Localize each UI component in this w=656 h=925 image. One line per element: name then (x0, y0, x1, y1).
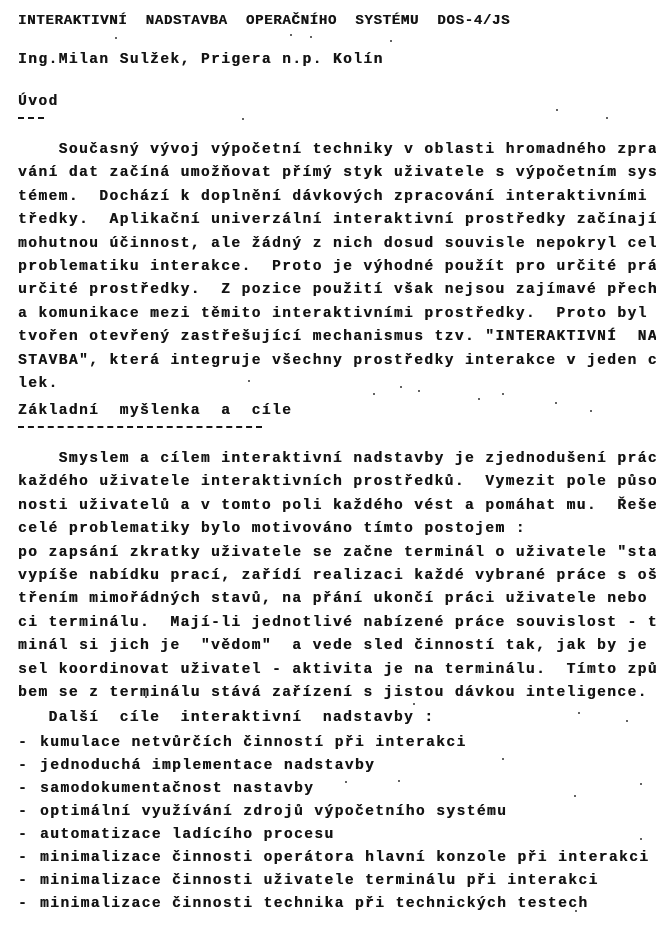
text-line: mohutnou účinnost, ale žádný z nich dosu… (18, 235, 656, 253)
scan-speck (373, 393, 375, 395)
scan-speck (502, 393, 504, 395)
bullet-dash-icon: - (18, 872, 40, 890)
text-line: Současný vývoj výpočetní techniky v obla… (18, 141, 656, 159)
scan-speck (578, 712, 580, 714)
text-line: ci terminálu. Mají-li jednotlivé nabízen… (18, 614, 656, 632)
bullet-dash-icon: - (18, 849, 40, 867)
scan-speck (502, 758, 504, 760)
bullet-dash-icon: - (18, 734, 40, 752)
scan-speck (248, 380, 250, 382)
goal-item: -jednoduchá implementace nadstavby (18, 757, 375, 775)
scan-speck (390, 40, 392, 42)
goal-item: -minimalizace činnosti operátora hlavní … (18, 849, 649, 867)
goal-item: -automatizace ladícího procesu (18, 826, 335, 844)
scan-speck (398, 780, 400, 782)
bullet-dash-icon: - (18, 895, 40, 913)
scan-speck (575, 910, 577, 912)
bullet-dash-icon: - (18, 803, 40, 821)
goal-text: jednoduchá implementace nadstavby (40, 758, 375, 774)
goal-item: -kumulace netvůrčích činností při intera… (18, 734, 467, 752)
heading-underline (18, 426, 262, 428)
goal-text: optimální využívání zdrojů výpočetního s… (40, 804, 507, 820)
text-line: vypíše nabídku prací, zařídí realizaci k… (18, 567, 656, 585)
scan-speck (115, 37, 117, 39)
bullet-dash-icon: - (18, 757, 40, 775)
document-author: Ing.Milan Sulžek, Prigera n.p. Kolín (18, 51, 384, 69)
text-line: a komunikace mezi těmito interaktivními … (18, 305, 656, 323)
scan-speck (290, 34, 292, 36)
goal-item: -optimální využívání zdrojů výpočetního … (18, 803, 507, 821)
text-line: lek. (18, 375, 59, 393)
text-line: každého uživatele interaktivních prostře… (18, 473, 656, 491)
text-line: po zapsání zkratky uživatele se začne te… (18, 544, 656, 562)
text-line: STAVBA", která integruje všechny prostře… (18, 352, 656, 370)
goal-item: -samodokumentačnost nastavby (18, 780, 314, 798)
goal-text: minimalizace činnosti uživatele terminál… (40, 873, 599, 889)
scan-speck (555, 402, 557, 404)
goal-text: minimalizace činnosti operátora hlavní k… (40, 850, 649, 866)
section-heading-intro: Úvod (18, 93, 59, 111)
heading-underline (18, 117, 44, 119)
text-line: určité prostředky. Z pozice použití však… (18, 281, 656, 299)
scan-speck (418, 390, 420, 392)
text-line: Smyslem a cílem interaktivní nadstavby j… (18, 450, 656, 468)
goal-text: kumulace netvůrčích činností při interak… (40, 735, 467, 751)
document-page: INTERAKTIVNÍ NADSTAVBA OPERAČNÍHO SYSTÉM… (0, 0, 656, 925)
scan-speck (590, 410, 592, 412)
scan-speck (310, 36, 312, 38)
text-line: nosti uživatelů a v tomto poli každého v… (18, 497, 656, 515)
scan-speck (293, 692, 295, 694)
document-title: INTERAKTIVNÍ NADSTAVBA OPERAČNÍHO SYSTÉM… (18, 12, 510, 30)
scan-speck (478, 398, 480, 400)
text-line: tředky. Aplikační univerzální interaktiv… (18, 211, 656, 229)
text-line: tvořen otevřený zastřešující mechanismus… (18, 328, 656, 346)
scan-speck (413, 703, 415, 705)
text-line: bem se z terminálu stává zařízení s jist… (18, 684, 648, 702)
text-line: sel koordinovat uživatel - aktivita je n… (18, 661, 656, 679)
scan-speck (626, 720, 628, 722)
goal-text: samodokumentačnost nastavby (40, 781, 314, 797)
goal-text: automatizace ladícího procesu (40, 827, 335, 843)
text-line: témem. Dochází k doplnění dávkových zpra… (18, 188, 656, 206)
text-line: minál si jich je "vědom" a vede sled čin… (18, 637, 656, 655)
text-line: třením mimořádných stavů, na přání ukonč… (18, 590, 656, 608)
goals-heading: Další cíle interaktivní nadstavby : (18, 709, 434, 727)
scan-speck (574, 795, 576, 797)
goal-item: -minimalizace činnosti technika při tech… (18, 895, 589, 913)
goal-item: -minimalizace činnosti uživatele terminá… (18, 872, 599, 890)
text-line: problematiku interakce. Proto je výhodné… (18, 258, 656, 276)
scan-speck (640, 838, 642, 840)
text-line: celé problematiky bylo motivováno tímto … (18, 520, 526, 538)
scan-speck (345, 781, 347, 783)
scan-speck (145, 696, 147, 698)
scan-speck (606, 117, 608, 119)
bullet-dash-icon: - (18, 780, 40, 798)
text-line: vání dat začíná umožňovat přímý styk uži… (18, 164, 656, 182)
scan-speck (556, 109, 558, 111)
scan-speck (400, 386, 402, 388)
scan-speck (242, 118, 244, 120)
goal-text: minimalizace činnosti technika při techn… (40, 896, 589, 912)
scan-speck (640, 783, 642, 785)
bullet-dash-icon: - (18, 826, 40, 844)
section-heading-basics: Základní myšlenka a cíle (18, 402, 292, 420)
